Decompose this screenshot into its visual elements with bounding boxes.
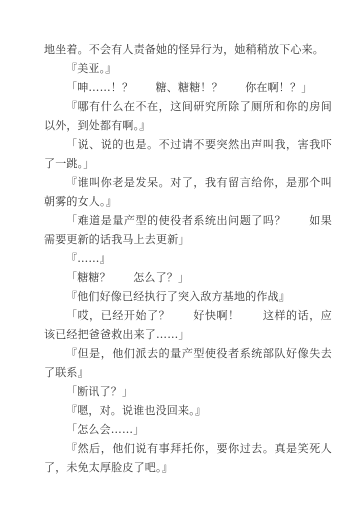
narration-line: 地坐着。不会有人责备她的怪异行为，她稍稍放下心来。 [44, 40, 332, 59]
dialogue-line: 『美亚。』 [44, 59, 332, 78]
dialogue-line: 『哪有什么在不在，这间研究所除了厕所和你的房间以外，到处都有啊。』 [44, 97, 332, 135]
dialogue-line: 『然后，他们说有事拜托你，要你过去。真是笑死人了，未免太厚脸皮了吧。』 [44, 439, 332, 477]
dialogue-line: 『嗯，对。说谁也没回来。』 [44, 401, 332, 420]
dialogue-line: 「断讯了？」 [44, 382, 332, 401]
dialogue-line: 『他们好像已经执行了突入敌方基地的作战』 [44, 287, 332, 306]
novel-page: 地坐着。不会有人责备她的怪异行为，她稍稍放下心来。 『美亚。』 「呻……！？ 糖… [0, 0, 360, 509]
dialogue-line: 「哎，已经开始了？ 好快啊！ 这样的话，应该已经把爸爸救出来了……」 [44, 306, 332, 344]
dialogue-line: 「呻……！？ 糖、糖糖！？ 你在啊！？」 [44, 78, 332, 97]
dialogue-line: 「说、说的也是。不过请不要突然出声叫我，害我吓了一跳。」 [44, 135, 332, 173]
dialogue-line: 「难道是量产型的使役者系统出问题了吗？ 如果需要更新的话我马上去更新」 [44, 211, 332, 249]
dialogue-line: 「怎么会……」 [44, 420, 332, 439]
dialogue-line: 「糖糖？ 怎么了？」 [44, 268, 332, 287]
dialogue-line: 『……』 [44, 249, 332, 268]
dialogue-line: 『但是，他们派去的量产型使役者系统部队好像失去了联系』 [44, 344, 332, 382]
dialogue-line: 『谁叫你老是发呆。对了，我有留言给你，是那个叫朝雾的女人。』 [44, 173, 332, 211]
